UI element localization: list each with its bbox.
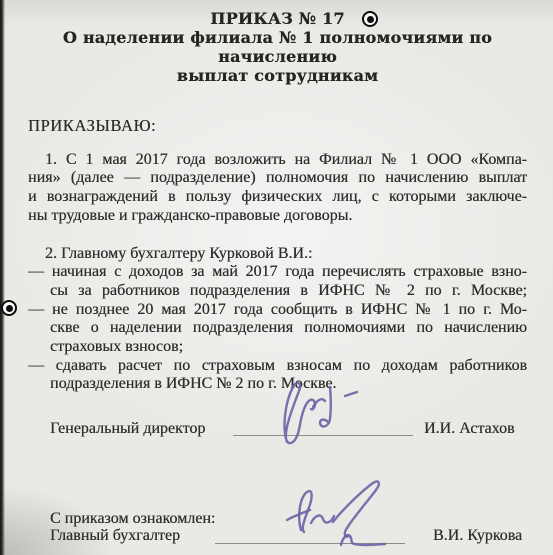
paragraph-1: 1. С 1 мая 2017 года возложить на Филиал… (28, 151, 527, 226)
paragraph-2-heading: 2. Главному бухгалтеру Курковой В.И.: (28, 245, 527, 264)
paragraph-2: 2. Главному бухгалтеру Курковой В.И.: — … (28, 245, 527, 395)
list-item-2-line: — не позднее 20 мая 2017 года сообщить в… (28, 301, 527, 320)
order-keyword: ПРИКАЗЫВАЮ: (28, 117, 527, 136)
list-item-2-line: страховых взносов; (28, 338, 527, 357)
list-item-3-line: подразделения в ИФНС № 2 по г. Москве. (28, 375, 527, 394)
accountant-signature-line (215, 543, 405, 544)
acknowledgement-label: С приказом ознакомлен: (50, 510, 215, 528)
list-item-1-line: сы за работников подразделения в ИФНС № … (28, 282, 527, 301)
accountant-role-label: Главный бухгалтер (50, 527, 180, 545)
list-item-2-line: скве о наделении подразделения полномочи… (28, 319, 527, 338)
paragraph-1-line: ния» (далее — подразделение) полномочия … (28, 169, 527, 188)
paragraph-1-line: и вознаграждений в пользу физических лиц… (28, 188, 527, 207)
director-name: И.И. Астахов (424, 420, 515, 438)
paragraph-1-line: ны трудовые и гражданско-правовые догово… (28, 207, 527, 226)
list-item-1-line: — начиная с доходов за май 2017 года пер… (28, 263, 527, 282)
scan-edge-shadow (0, 0, 5, 555)
list-item-3-line: — сдавать расчет по страховым взносам по… (28, 357, 527, 376)
accountant-signature-ink (273, 470, 403, 550)
accountant-name: В.И. Куркова (433, 527, 522, 545)
title-line-1: ПРИКАЗ № 17 (28, 9, 527, 28)
document-body: ПРИКАЗ № 17 О наделении филиала № 1 полн… (28, 0, 527, 394)
scanned-order-document: ПРИКАЗ № 17 О наделении филиала № 1 полн… (0, 0, 553, 555)
document-title: ПРИКАЗ № 17 О наделении филиала № 1 полн… (28, 9, 527, 85)
click-target-marker-top (362, 11, 378, 27)
director-signature-line (233, 435, 413, 436)
title-line-2: О наделении филиала № 1 полномочиями по … (28, 28, 527, 66)
director-role-label: Генеральный директор (50, 420, 205, 438)
title-line-3: выплат сотрудникам (28, 66, 527, 85)
paragraph-1-line: 1. С 1 мая 2017 года возложить на Филиал… (28, 151, 527, 170)
click-target-marker-left (1, 300, 17, 316)
